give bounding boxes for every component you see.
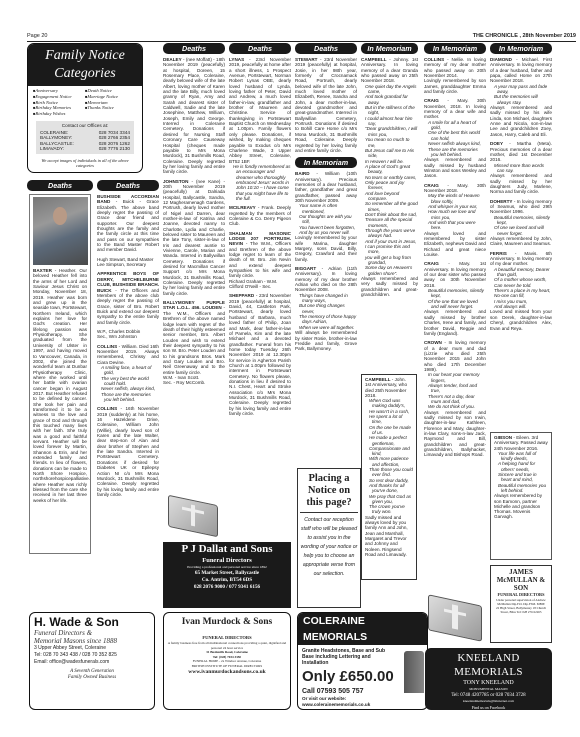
portrait-photo	[33, 197, 88, 265]
notice-text: - Buick - Grace Elizabeth. The above ban…	[97, 199, 159, 252]
notice: DOHERTY - In loving memory of Seamus, wh…	[490, 199, 552, 215]
ad-address: 3 Upper Abbey Street, Coleraine	[34, 645, 150, 652]
ad-website: www.colerainememorials.co.uk	[302, 702, 423, 708]
verse-line: How much we love and miss you,	[424, 209, 486, 220]
verse-line: One quiet day the Angels came,	[361, 84, 418, 95]
verse-line: Those are the memories you left behind.	[97, 392, 159, 403]
section-header-memoriam: In Memoriam	[424, 43, 486, 54]
notice: DIAMOND - Michael. First Anniversary. In…	[490, 57, 552, 84]
notice-text: - William (10th Anniversary). Precious m…	[295, 171, 357, 203]
notice-name: DOHERTY	[490, 199, 512, 204]
notice-name: BIGGART	[295, 266, 316, 271]
ad-address: 65 Market Street, Ballycastle	[163, 570, 291, 577]
ad-address: Co. Antrim, BT54 6DS	[163, 577, 291, 584]
verse-line: We pray that God as given you,	[365, 494, 413, 505]
section-header-deaths: Deaths	[97, 180, 159, 191]
notice-name: SHEPPARD	[229, 293, 254, 298]
verse-line: A year may pass and fade away,	[490, 84, 552, 95]
section-header-memoriam: In Memoriam	[361, 43, 418, 54]
verse-line: Of a mother whose worth,	[490, 277, 552, 282]
notice: COLLINS - 16th November 2019 (suddenly) …	[97, 406, 159, 497]
verse-line: Of one we loved and will never forget.	[490, 225, 552, 236]
ad-email: Email: office@wadesfunerals.com	[34, 659, 150, 666]
notice-sign: Always remembered and sadly missed by br…	[424, 309, 486, 336]
notice-sign: Always remembered and sadly missed by hu…	[424, 157, 486, 178]
notice-name: MCILREAVY	[229, 205, 256, 210]
notice: CRAIG - Mary. 30th November, 2018. In lo…	[424, 98, 486, 119]
notice-name: CAMPBELL	[365, 377, 391, 382]
notice: COLLINS - Nellie. In loving memory of my…	[424, 57, 486, 78]
verse-line: But the memories will always stay.	[490, 94, 552, 105]
column-4: Deaths LYNAS - 23rd November 2019, peace…	[229, 43, 291, 538]
notice-sign: Sec. - Roy McComb.	[163, 380, 225, 385]
category-item: Thanks Notice	[85, 105, 137, 111]
verse-line: One of the best this world can hold,	[424, 130, 486, 141]
family-notice-title: Family Notice	[28, 44, 142, 65]
ad-tagline: Under personal supervision of Andrew McM…	[493, 598, 549, 606]
notice-sign: Sadly missed and always loved by you fam…	[365, 515, 413, 557]
notice: BUSHSIDE ACCORDIAN BAND - Buick - Grace …	[97, 194, 159, 253]
ad-tagline: A family business free from all multinat…	[167, 641, 287, 650]
ivan-murdock-ad: Ivan Murdock & Sons FUNERAL DIRECTORS A …	[163, 612, 291, 710]
notice-name: CRAIG	[424, 183, 439, 188]
column-7: In Memoriam COLLINS - Nellie. In loving …	[424, 43, 486, 598]
pj-dallat-ad: P J Dallat and Sons Funeral Directors Pr…	[163, 542, 291, 608]
baxter-notice: BAXTER - Heather. Our beloved Heather fe…	[29, 194, 91, 554]
office-row: LIMAVADY:028 7776 2130	[40, 146, 130, 152]
notice-sign: Lovingly remembered by son James, grandd…	[424, 78, 486, 94]
notice-name: CAMPBELL	[361, 57, 387, 62]
verse-line: Your name is often mentioned,	[295, 203, 357, 214]
notice: SHALMAN MASONIC LODGE 207 PORTRUSH. NEVI…	[229, 231, 291, 279]
notice-name: BAIRD	[295, 171, 310, 176]
verse-line: you will get a hug from grandad,	[361, 255, 418, 266]
bible-icon	[168, 495, 218, 538]
notice-text: - 16th November 2019 (suddenly) at his h…	[97, 406, 159, 497]
verse-line: Through the years we've always had.	[361, 228, 418, 239]
section-header-memoriam: In Memoriam	[295, 157, 357, 168]
notice-text: - Heather. Our beloved Heather fell into…	[33, 268, 91, 503]
notice-name: COLLINS	[97, 406, 117, 411]
verse-line: In our heart your memory lingers,	[424, 372, 486, 383]
verse-line: But one thing changes never,	[295, 303, 357, 314]
h-wade-son-ad: H. Wade & Son Funeral Directors & Memori…	[29, 612, 155, 710]
notice: FERRIS - Mavis. 6th Anniversary. In lovi…	[490, 251, 552, 267]
notice: STEWART - 23rd November 2019 (peacefully…	[295, 57, 357, 153]
notice-text: - The Officers and Members of the above …	[97, 288, 159, 325]
verse-line: Your life was full of kindly deeds,	[494, 451, 548, 462]
ad-title: H. Wade & Son	[34, 616, 150, 629]
notice: BAIRD - William (10th Anniversary). Prec…	[295, 171, 357, 203]
column-3: Deaths DEALEY - (nee Moffatt) - 18th Nov…	[163, 43, 225, 488]
section-header-deaths: Deaths	[163, 43, 225, 54]
verse-line: I can promise this and more,	[361, 244, 418, 255]
notice-name: BAXTER	[33, 268, 52, 273]
facebook-icon: Find us on Facebook	[425, 704, 552, 710]
ad-tagline: Memorial Masons since 1888	[34, 637, 150, 645]
notice: APPRENTICE BOYS OF DERRY, MITCHELBURNE C…	[97, 271, 159, 324]
coleraine-memorials-ad: COLERAINE MEMORIALS Granite Headstones, …	[297, 612, 428, 710]
verse-line: May the winds of Heaven blow softly,	[424, 193, 486, 204]
verse-line: There's not a day, dear mum and dad,	[424, 394, 486, 405]
notice-sign: Always remembered and sadly missed by he…	[490, 173, 552, 194]
ad-title: JAMES McMULLAN & SON	[493, 568, 549, 592]
verse-line: Always tender, fond and true,	[424, 383, 486, 394]
notice-name: DOEY	[490, 141, 503, 146]
notice: BIGGART - Adrian (11th Anniversary). In …	[295, 266, 357, 293]
verse-line: These are the memories you left behind.	[424, 147, 486, 158]
verse-line: Beautiful memories, silently kept,	[424, 288, 486, 299]
verse-line: A place of God's great beauty,	[361, 164, 418, 175]
notice-sign: Always remembered by John, Claire, Maure…	[490, 236, 552, 247]
family-notice-subtitle: Categories	[28, 65, 142, 83]
notice-text: - 23rd November 2019 (peacefully) at hos…	[295, 57, 357, 153]
column-6: In Memoriam CAMPBELL - Johnny. 1st Anniv…	[361, 43, 418, 373]
column-2: Deaths BUSHSIDE ACCORDIAN BAND - Buick -…	[97, 180, 159, 610]
headstone-image	[404, 651, 424, 693]
family-notice-categories-box: Family Notice Categories Anniversary Dea…	[27, 43, 143, 173]
page-number: Page 20	[27, 33, 48, 41]
ad-phone: 028 2076 9000 / 077 9341 6156	[163, 584, 291, 591]
notice-text: - (nee Moffatt) - 18th November 2019 (pe…	[163, 57, 225, 174]
notice-text: - 23rd November 2019 (peacefully) at hos…	[229, 293, 291, 416]
verse-line: And wish that you were here.	[424, 220, 486, 231]
section-header-deaths: Deaths	[295, 43, 357, 54]
campbell-boxed-notice: CAMPBELL - John. 1st Anniversary, who di…	[361, 374, 417, 580]
notice-name: BALLYMONEY PURPLE STAR L.O.L. 456. LOUDE…	[163, 300, 225, 310]
verse-line: And took grandad far away.	[361, 94, 418, 105]
contact-title: Contact our Offices at:	[40, 123, 130, 129]
notice-name: CRAIG	[424, 98, 439, 103]
ad-website: www.ivanmurdockandsons.co.uk	[167, 668, 287, 676]
ad-subtitle: Funeral Directors	[163, 556, 291, 565]
notice-sign: Always loved and remembered by sister El…	[424, 231, 486, 258]
verse-line: Treasure all the special moments,	[361, 217, 418, 228]
verse-line: And thanks for all you've done,	[365, 483, 413, 494]
notice-name: LYNAS	[229, 57, 244, 62]
verse-line: Beautiful memories you left behind.	[494, 483, 548, 494]
ad-owner: TONY KNEELAND	[425, 679, 552, 687]
notice-text: - The W.M., Officers and Brethren of the…	[163, 305, 225, 374]
james-mcmullan-ad: JAMES McMULLAN & SON FUNERAL DIRECTORS U…	[490, 565, 552, 643]
section-header-deaths: Deaths	[229, 43, 291, 54]
verse-line: Only peace and joy forever,	[361, 180, 418, 191]
notice-sign: Always remembered and sadly missed by hi…	[490, 105, 552, 137]
notice: CAMPBELL - Johnny. 1st Anniversary. In l…	[361, 57, 418, 84]
notice-sign: Sec., Wm Johnston	[97, 334, 159, 339]
verse-line: A beautiful memory, Dearer than gold,	[490, 267, 552, 278]
notice-name: COLLINS	[424, 57, 444, 62]
notice: CROWN - In loving memory of a dear mum a…	[424, 340, 486, 372]
ad-address: 22 High Street, Ballymoney 18 Church Str…	[493, 606, 549, 614]
notice-sign: Lovingly remembered by your wife Marina,…	[295, 235, 357, 262]
placing-notice-box: Placing a Notice on this page? Contact o…	[297, 468, 361, 608]
office-phone: 028 7776 2130	[99, 146, 130, 152]
notice-name: CRAIG	[424, 261, 439, 266]
ad-title: KNEELAND MEMORIALS	[425, 651, 552, 679]
verse-line: A smile for all a heart of gold,	[424, 120, 486, 131]
verse-line: Of the one that we loved and will never …	[424, 299, 486, 310]
verse-line: A helping hand for others' needs,	[494, 461, 548, 472]
category-list: Anniversary Death Notice Engagement Noti…	[28, 86, 142, 119]
verse-line: Never selfish always kind,	[424, 141, 486, 146]
verse-line: You mean so much to me,	[361, 137, 418, 148]
verse-line: Some day on Heaven's golden shore".	[361, 265, 418, 276]
notice-sign: Always remembered by son Eamonn, partner…	[494, 493, 548, 519]
verse-line: He is fondly remembered as an encourager…	[229, 164, 291, 201]
verse-line: Things have changed in many ways,	[295, 293, 357, 304]
notice-sign: Will always be remembered by sister Rosi…	[295, 330, 357, 351]
images-note: We accept images of individuals in all o…	[28, 156, 142, 170]
verse-line: I could almost hear him say,	[361, 116, 418, 127]
notice-text: - (nee Kane) - 20th November 2019 (peace…	[163, 179, 225, 296]
notice-sign: Loved and missed from your son Derek, da…	[490, 309, 552, 330]
verse-line: Missed more than words can say.	[490, 163, 552, 174]
notice-name: STEWART	[295, 57, 317, 62]
verse-line: He made a perfect gentleman,	[365, 435, 413, 446]
verse-line: When God was making daddy's,	[365, 398, 413, 409]
notice: CRAIG - Mary. 1st Anniversary. In loving…	[424, 261, 486, 288]
notice: DOEY - Martha (Meta). Precious memories …	[490, 141, 552, 162]
verse-line: Sincere and true in heart and mind,	[494, 472, 548, 483]
notice-text: - 23rd November 2019, peacefully at home…	[229, 57, 291, 164]
notice-name: DEALEY	[163, 57, 182, 62]
notice: CRAIG - Mary. 30th November 2018.	[424, 183, 486, 194]
notice-sign: Always remembered and sadly missed by so…	[424, 410, 486, 458]
ad-title: COLERAINE MEMORIALS	[298, 613, 427, 645]
contact-offices: Contact our Offices at: COLERAINE:028 70…	[36, 121, 134, 154]
gibson-boxed-notice: GIBSON - Eileen. 3rd Anniversary. Passed…	[490, 432, 552, 560]
notice-name: DIAMOND	[490, 57, 512, 62]
verse-line: He spent a lot of time,	[365, 414, 413, 425]
page-header: Page 20 THE CHRONICLE , 28th November 20…	[27, 33, 576, 42]
notice-sign: Always remembered and very sadly missed …	[361, 276, 418, 297]
verse-line: The very best the world could hold.	[97, 376, 159, 387]
ad-phone: Tel: 0748 4207785 or 028 7034 3728	[425, 692, 552, 699]
notice-name: JOHNSTON	[163, 179, 188, 184]
column-5: Deaths STEWART - 23rd November 2019 (pea…	[295, 43, 357, 463]
verse-line: On the one he made of us.	[365, 425, 413, 436]
category-item: Birthday Wishes	[33, 111, 85, 117]
notice: JOHNSTON - (nee Kane) - 20th November 20…	[163, 179, 225, 297]
masthead: THE CHRONICLE , 28th November 2019	[473, 33, 576, 41]
ad-title: P J Dallat and Sons	[163, 542, 291, 556]
notice-sign: Clifford O'Neill - Sec.	[229, 284, 291, 289]
kneeland-memorials-ad: KNEELAND MEMORIALS TONY KNEELAND MONUMEN…	[425, 648, 552, 710]
section-header-memoriam: In Memoriam	[490, 43, 552, 54]
notice-name: GIBSON	[494, 435, 512, 440]
notice-sign: Lee Simpson, Secretary	[97, 262, 159, 267]
notice: COLLINS - William. Died 16th November 20…	[97, 344, 159, 365]
verse-line: The memory of those happy days Adrian,	[295, 314, 357, 325]
ad-tagline: Granite Headstones, Base and Sub Base in…	[302, 648, 397, 666]
notice: MCILREAVY - Frank. Deeply regretted by t…	[229, 205, 291, 226]
ad-phone: Tel: 028 70 343 438 / 028 70 352 825	[34, 652, 150, 659]
verse-line: Beautiful memories, silently kept,	[490, 215, 552, 226]
column-8: In Memoriam DIAMOND - Michael. First Ann…	[490, 43, 552, 428]
verse-line: But in the stillness of the night,	[361, 105, 418, 116]
ad-footer: Family Owned Business	[34, 675, 150, 681]
verse-line: The crown you've truly won.	[365, 504, 413, 515]
verse-line: A smiling face, a heart of gold,	[97, 365, 159, 376]
placing-title: Placing a Notice on this page?	[300, 473, 358, 513]
placing-body: Contact our reception staff who will be …	[300, 516, 358, 579]
ad-title: Ivan Murdock & Sons	[167, 616, 287, 628]
notice-name: CROWN	[424, 340, 442, 345]
notice: LYNAS - 23rd November 2019, peacefully a…	[229, 57, 291, 164]
section-header-deaths: Deaths	[27, 180, 93, 191]
ad-tagline: Funeral Directors &	[34, 629, 150, 637]
verse-line: Than those you could ever find.	[365, 467, 413, 478]
notice-name: FERRIS	[490, 251, 507, 256]
notice: DEALEY - (nee Moffatt) - 18th November 2…	[163, 57, 225, 175]
office-town: LIMAVADY:	[40, 146, 64, 152]
notice-name: COLLINS	[97, 344, 117, 349]
notice: BALLYMONEY PURPLE STAR L.O.L. 456. LOUDE…	[163, 300, 225, 375]
notice-text: - In loving memory of a dear mum and dad…	[424, 340, 486, 372]
verse-line: With more patience and affection,	[365, 456, 413, 467]
notice-text: - The W.M., Officers and Brethren of the…	[229, 241, 291, 278]
bible-icon	[428, 594, 482, 641]
verse-line: Our thoughts are with you still,	[295, 214, 357, 225]
verse-line: And love beyond compare.	[361, 191, 418, 202]
notice: SHEPPARD - 23rd November 2019 (peacefull…	[229, 293, 291, 416]
ad-subtitle: FUNERAL DIRECTORS	[167, 634, 287, 641]
verse-line: But Jesus call me to His side,	[361, 148, 418, 159]
verse-line: Compassionate and kind,	[365, 446, 413, 457]
verse-line: So remember all the good times,	[361, 201, 418, 212]
verse-line: "Dear grandchildren, I will miss you,	[361, 126, 418, 137]
verse-line: Never selfish, always kind,	[97, 386, 159, 391]
